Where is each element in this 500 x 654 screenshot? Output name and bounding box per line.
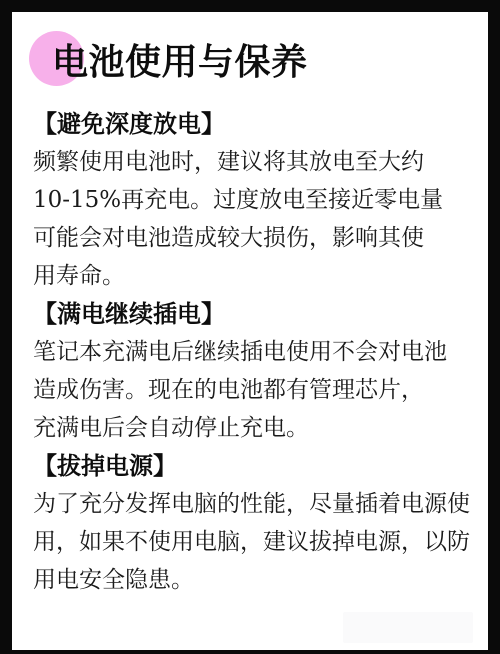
- tip-card-image: { "page": { "title": "电池使用与保养", "frame_c…: [0, 0, 500, 654]
- text-line: 用寿命。: [33, 257, 476, 295]
- text-line: 10-15%再充电。过度放电至接近零电量: [33, 181, 476, 219]
- text-line: 为了充分发挥电脑的性能，尽量插着电源使: [33, 485, 476, 523]
- section-heading-keep-plugged-when-full: 【满电继续插电】: [33, 295, 476, 333]
- text-line: 充满电后会自动停止充电。: [33, 409, 476, 447]
- text-line: 频繁使用电池时，建议将其放电至大约: [33, 143, 476, 181]
- section-heading-avoid-deep-discharge: 【避免深度放电】: [33, 105, 476, 143]
- page-title: 电池使用与保养: [52, 41, 308, 85]
- section-heading-unplug-power: 【拔掉电源】: [33, 447, 476, 485]
- text-line: 用电安全隐患。: [33, 561, 476, 599]
- text-line: 可能会对电池造成较大损伤，影响其使: [33, 219, 476, 257]
- text-line: 造成伤害。现在的电池都有管理芯片，: [33, 371, 476, 409]
- note-card-page: 电池使用与保养 【避免深度放电】 频繁使用电池时，建议将其放电至大约 10-15…: [12, 12, 488, 650]
- text-line: 笔记本充满电后继续插电使用不会对电池: [33, 333, 476, 371]
- card-body-text: 【避免深度放电】 频繁使用电池时，建议将其放电至大约 10-15%再充电。过度放…: [33, 105, 476, 599]
- faded-watermark-patch: [343, 612, 473, 643]
- text-line: 用，如果不使用电脑，建议拔掉电源，以防: [33, 523, 476, 561]
